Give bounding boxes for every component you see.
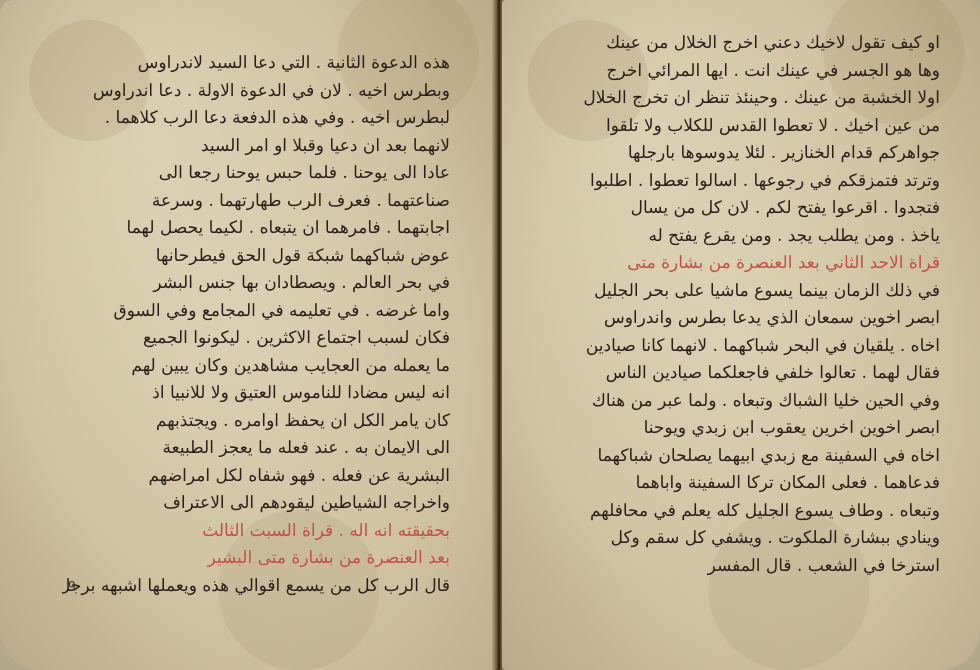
text-line: في ذلك الزمان بينما يسوع ماشيا على بحر ا…: [540, 278, 940, 306]
text-line: الى الايمان به . عند فعله ما يعجز الطبيع…: [62, 435, 450, 463]
text-line: ياخذ . ومن يطلب يجد . ومن يقرع يفتح له: [540, 223, 940, 251]
text-line: فكان لسبب اجتماع الاكثرين . ليكونوا الجم…: [62, 325, 450, 353]
text-line: ما يعمله من العجايب مشاهدين وكان يبين له…: [62, 353, 450, 381]
rubric-line: قراة الاحد الثاني بعد العنصرة من بشارة م…: [540, 250, 940, 278]
right-page: او كيف تقول لاخيك دعني اخرج الخلال من عي…: [502, 0, 980, 670]
text-line: وتبعاه . وطاف يسوع الجليل كله يعلم في مح…: [540, 498, 940, 526]
text-line: اخاه في السفينة مع زبدي ابيهما يصلحان شب…: [540, 443, 940, 471]
text-line: فتجدوا . اقرعوا يفتح لكم . لان كل من يسا…: [540, 195, 940, 223]
text-line: وبطرس اخيه . لان في الدعوة الاولة . دعا …: [62, 78, 450, 106]
text-line: وينادي ببشارة الملكوت . ويشفي كل سقم وكل: [540, 525, 940, 553]
left-page-text: هذه الدعوة الثانية . التي دعا السيد لاند…: [62, 50, 450, 600]
text-line: فقال لهما . تعالوا خلفي فاجعلكما صيادين …: [540, 360, 940, 388]
manuscript-spread: هذه الدعوة الثانية . التي دعا السيد لاند…: [0, 0, 980, 670]
text-line: لانهما بعد ان دعيا وقبلا او امر السيد: [62, 133, 450, 161]
text-line: استرخا في الشعب . قال المفسر: [540, 553, 940, 581]
folio-number: 9: [68, 580, 76, 595]
text-line: اخاه . يلقيان في البحر شباكهما . لانهما …: [540, 333, 940, 361]
right-page-text: او كيف تقول لاخيك دعني اخرج الخلال من عي…: [540, 30, 940, 580]
text-line: اولا الخشبة من عينك . وحينئذ تنظر ان تخر…: [540, 85, 940, 113]
text-line: وها هو الجسر في عينك انت . ايها المرائي …: [540, 58, 940, 86]
text-line: ابصر اخوين سمعان الذي يدعا بطرس واندراوس: [540, 305, 940, 333]
left-page: هذه الدعوة الثانية . التي دعا السيد لاند…: [0, 0, 498, 670]
text-line: صناعتهما . فعرف الرب طهارتهما . وسرعة: [62, 188, 450, 216]
text-line: لبطرس اخيه . وفي هذه الدفعة دعا الرب كلا…: [62, 105, 450, 133]
text-line: انه ليس مضادا للناموس العتيق ولا للانبيا…: [62, 380, 450, 408]
text-line: في بحر العالم . ويصطادان بها جنس البشر: [62, 270, 450, 298]
text-line: وترتد فتمزقكم في رجوعها . اسالوا تعطوا .…: [540, 168, 940, 196]
text-line: كان يامر الكل ان يحفظ اوامره . ويجتذبهم: [62, 408, 450, 436]
text-line: او كيف تقول لاخيك دعني اخرج الخلال من عي…: [540, 30, 940, 58]
text-line: ابصر اخوين اخرين يعقوب ابن زبدي ويوحنا: [540, 415, 940, 443]
text-line: فدعاهما . فعلى المكان تركا السفينة واباه…: [540, 470, 940, 498]
rubric-line: بحقيقته انه اله . قراة السبت الثالث: [62, 518, 450, 546]
text-line: واخراجه الشياطين ليقودهم الى الاعتراف: [62, 490, 450, 518]
text-line: من عين اخيك . لا تعطوا القدس للكلاب ولا …: [540, 113, 940, 141]
text-line: البشرية عن فعله . فهو شفاه لكل امراضهم: [62, 463, 450, 491]
text-line: واما غرضه . في تعليمه في المجامع وفي الس…: [62, 298, 450, 326]
text-line: قال الرب كل من يسمع اقوالي هذه ويعملها ا…: [62, 573, 450, 601]
text-line: اجابتهما . فامرهما ان يتبعاه . لكيما يحص…: [62, 215, 450, 243]
rubric-line: بعد العنصرة من بشارة متى البشير: [62, 545, 450, 573]
text-line: هذه الدعوة الثانية . التي دعا السيد لاند…: [62, 50, 450, 78]
text-line: عادا الى يوحنا . فلما حبس يوحنا رجعا الى: [62, 160, 450, 188]
text-line: عوض شباكهما شبكة قول الحق فيطرحانها: [62, 243, 450, 271]
text-line: جواهركم قدام الخنازير . لئلا يدوسوها بار…: [540, 140, 940, 168]
text-line: وفي الحين خليا الشباك وتبعاه . ولما عبر …: [540, 388, 940, 416]
